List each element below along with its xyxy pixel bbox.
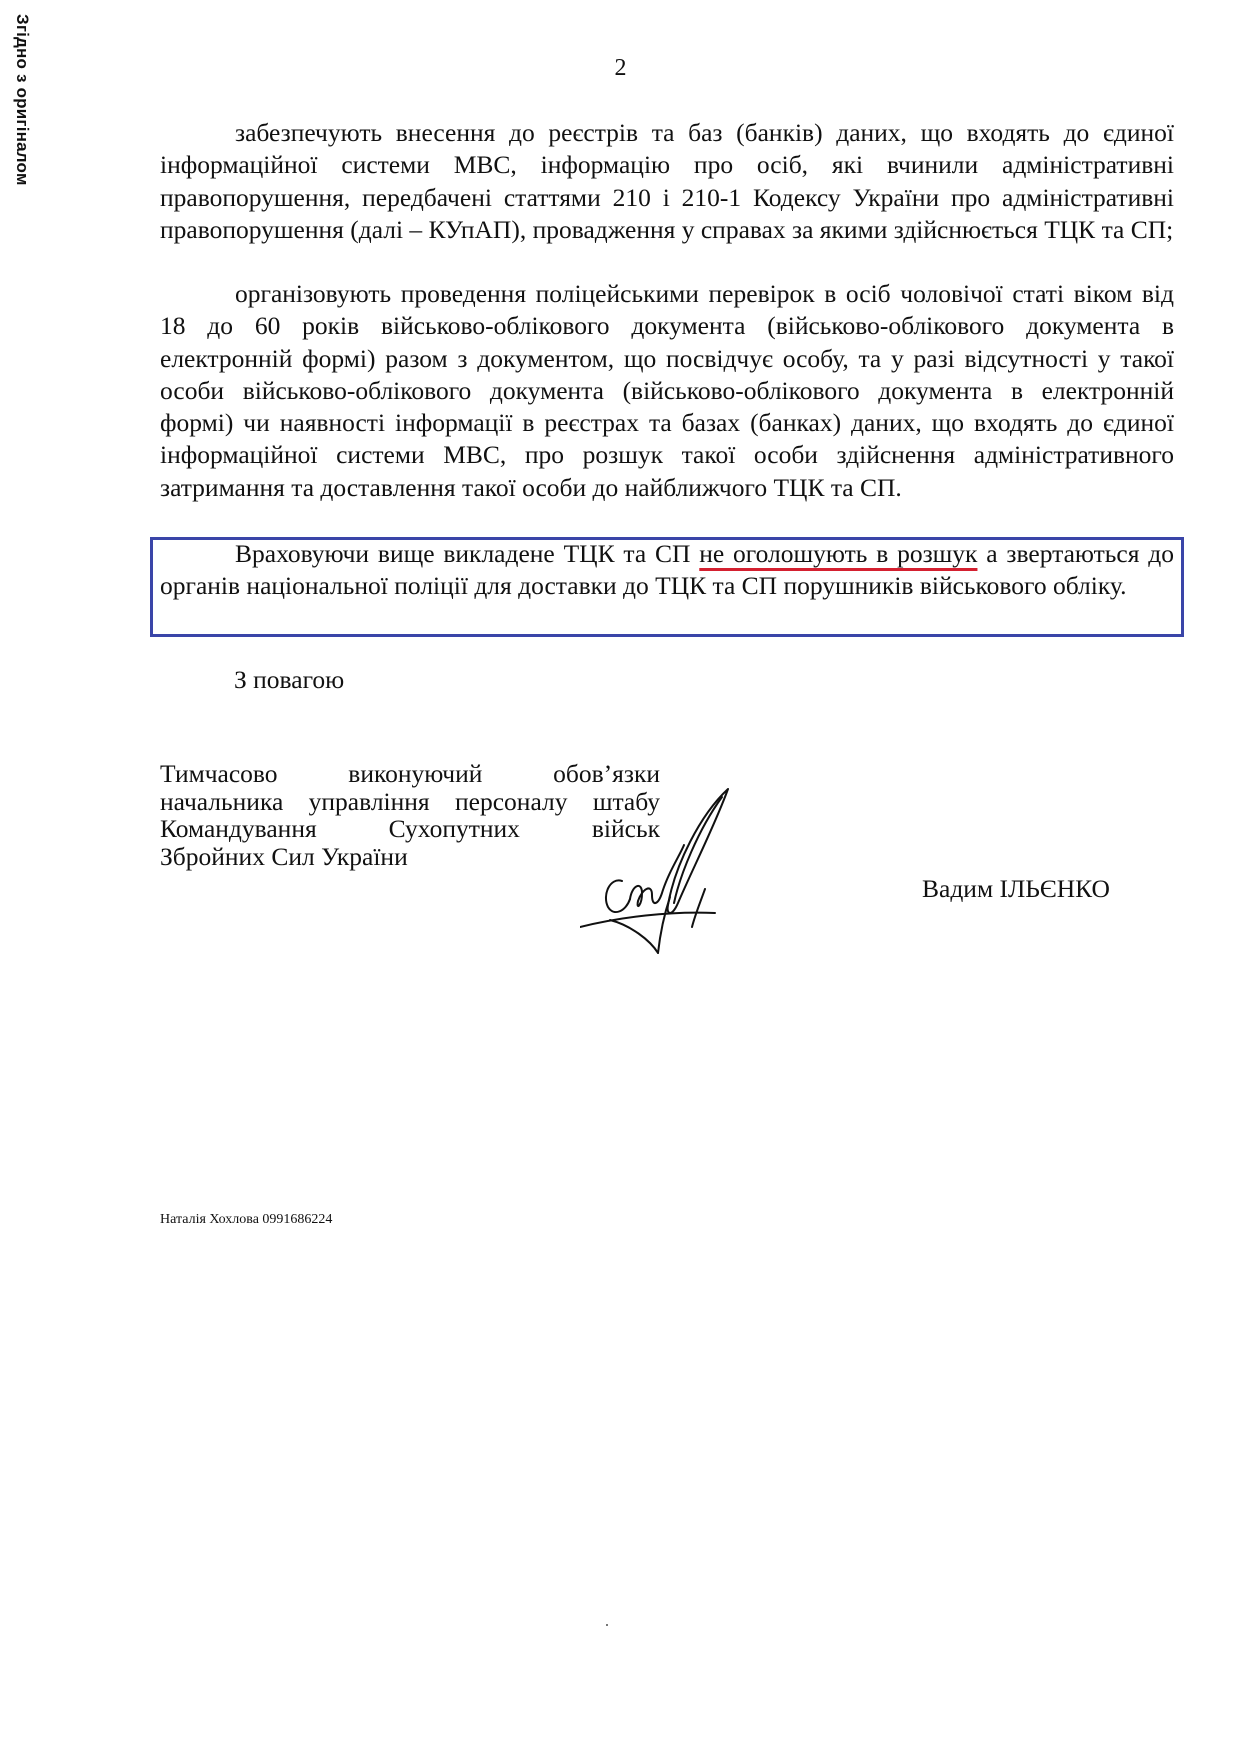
paragraph-registry-entries: забезпечують внесення до реєстрів та баз… [160,117,1174,246]
underlined-phrase: не оголошують в розшук [699,539,977,568]
paragraph-highlighted-conclusion: Враховуючи вище викладене ТЦК та СП не о… [160,538,1174,603]
paragraph-police-checks: організовують проведення поліцейськими п… [160,278,1174,504]
paragraph-text: Враховуючи вище викладене ТЦК та СП не о… [160,538,1174,603]
handwritten-signature-icon [580,785,730,955]
paragraph-text: організовують проведення поліцейськими п… [160,278,1174,504]
closing-salutation: З повагою [234,665,344,695]
conclusion-text-before: Враховуючи вище викладене ТЦК та СП [235,539,699,568]
scan-artifact [606,1624,608,1626]
paragraph-text: забезпечують внесення до реєстрів та баз… [160,117,1174,246]
position-line: Тимчасово виконуючий обов’язки [160,760,660,788]
contact-person: Наталія Хохлова 0991686224 [160,1212,332,1228]
certified-copy-label: Згідно з оригіналом [12,14,32,186]
certified-copy-stamp: Згідно з оригіналом [4,10,40,230]
page-number: 2 [0,55,1241,82]
signatory-name: Вадим ІЛЬЄНКО [922,874,1110,904]
